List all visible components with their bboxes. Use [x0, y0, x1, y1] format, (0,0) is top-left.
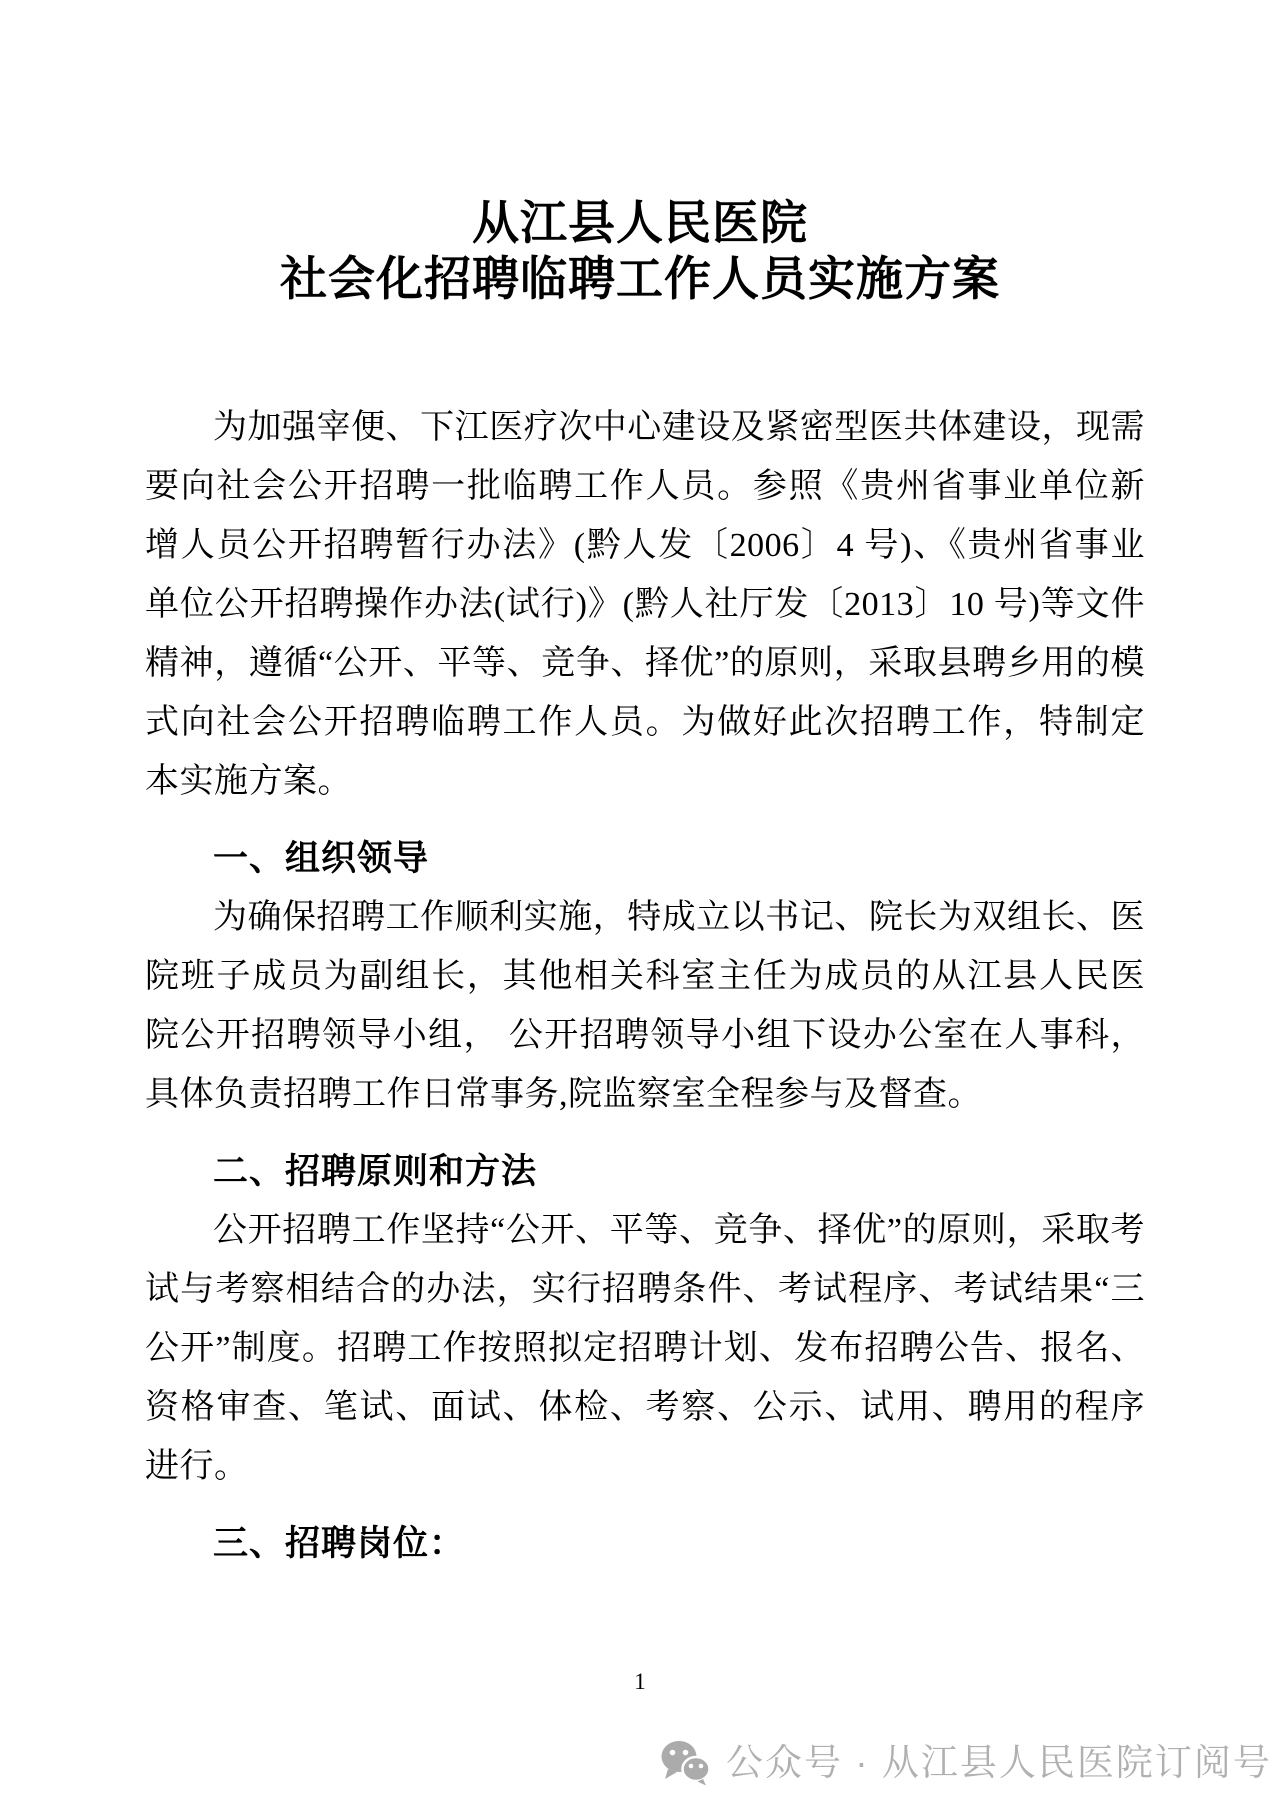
document-page: 从江县人民医院 社会化招聘临聘工作人员实施方案 为加强宰便、下江医疗次中心建设及…: [0, 0, 1280, 1810]
section-paragraph-2: 公开招聘工作坚持“公开、平等、竞争、择优”的原则，采取考试与考察相结合的办法，实…: [145, 1201, 1145, 1496]
footer-watermark-text: 公众号 · 从江县人民医院订阅号: [726, 1740, 1272, 1786]
section-heading-3: 三、招聘岗位：: [145, 1514, 1145, 1573]
section-heading-2: 二、招聘原则和方法: [145, 1142, 1145, 1201]
title-line-1: 从江县人民医院: [472, 198, 808, 250]
document-body: 为加强宰便、下江医疗次中心建设及紧密型医共体建设，现需要向社会公开招聘一批临聘工…: [145, 398, 1145, 1573]
intro-paragraph: 为加强宰便、下江医疗次中心建设及紧密型医共体建设，现需要向社会公开招聘一批临聘工…: [145, 398, 1145, 811]
page-number: 1: [0, 1668, 1280, 1696]
section-paragraph-1: 为确保招聘工作顺利实施，特成立以书记、院长为双组长、医院班子成员为副组长，其他相…: [145, 888, 1145, 1124]
title-line-2: 社会化招聘临聘工作人员实施方案: [280, 254, 1000, 306]
document-title: 从江县人民医院 社会化招聘临聘工作人员实施方案: [0, 196, 1280, 308]
footer-watermark: 公众号 · 从江县人民医院订阅号: [660, 1740, 1272, 1786]
section-heading-1: 一、组织领导: [145, 829, 1145, 888]
wechat-official-account-icon: [660, 1740, 712, 1786]
